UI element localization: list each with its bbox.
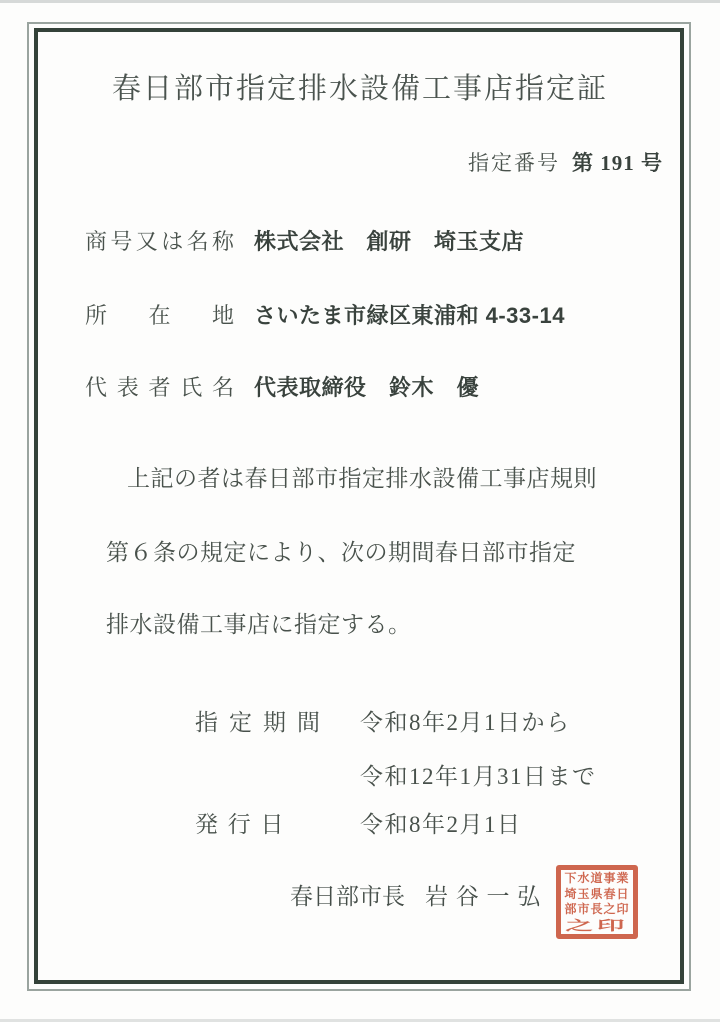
- issue-date-row: 発 行 日 令和8年2月1日: [195, 812, 286, 838]
- seal-text-row-1: 下水道事業: [564, 872, 629, 884]
- designation-period-from: 令和8年2月1日から: [360, 710, 571, 736]
- seal-text-row-3: 部市長之印: [564, 903, 629, 915]
- trade-name-value: 株式会社 創研 埼玉支店: [254, 229, 524, 254]
- issue-date-label: 発 行 日: [195, 812, 286, 837]
- designation-number-value: 第 191 号: [572, 151, 663, 175]
- field-row-representative: 代表者氏名 代表取締役 鈴木 優: [85, 375, 234, 400]
- trade-name-label: 商号又は名称: [85, 229, 234, 254]
- field-row-trade-name: 商号又は名称 株式会社 創研 埼玉支店: [85, 229, 234, 254]
- certificate-title: 春日部市指定排水設備工事店指定証: [0, 74, 720, 106]
- designation-number-line: 指定番号第 191 号: [468, 152, 663, 175]
- address-value: さいたま市緑区東浦和 4-33-14: [254, 303, 565, 328]
- body-text-line-2: 第６条の規定により、次の期間春日部市指定: [106, 540, 576, 566]
- body-text-line-1: 上記の者は春日部市指定排水設備工事店規則: [127, 466, 597, 492]
- designation-period-label: 指定期間: [195, 710, 331, 735]
- certificate-document: 春日部市指定排水設備工事店指定証 指定番号第 191 号 商号又は名称 株式会社…: [0, 0, 720, 1022]
- designation-period-row: 指定期間 令和8年2月1日から: [195, 710, 331, 736]
- designation-number-label: 指定番号: [468, 151, 560, 175]
- body-text-line-3: 排水設備工事店に指定する。: [106, 612, 412, 638]
- representative-value: 代表取締役 鈴木 優: [254, 375, 479, 400]
- field-row-address: 所在地 さいたま市緑区東浦和 4-33-14: [85, 303, 234, 328]
- representative-label: 代表者氏名: [85, 375, 234, 400]
- seal-text-row-4: 之印: [565, 919, 628, 932]
- official-red-seal: 下水道事業 埼玉県春日 部市長之印 之印: [556, 865, 638, 939]
- scan-edge-top: [0, 0, 720, 3]
- mayor-title: 春日部市長: [290, 884, 405, 909]
- mayor-signature: 春日部市長岩 谷 一 弘: [290, 884, 541, 910]
- designation-period-to: 令和12年1月31日まで: [360, 764, 597, 789]
- designation-period-to-row: 令和12年1月31日まで: [360, 764, 597, 790]
- address-label: 所在地: [85, 303, 234, 328]
- mayor-name: 岩 谷 一 弘: [425, 884, 541, 909]
- seal-text-row-2: 埼玉県春日: [564, 888, 629, 900]
- issue-date-value: 令和8年2月1日: [360, 812, 522, 838]
